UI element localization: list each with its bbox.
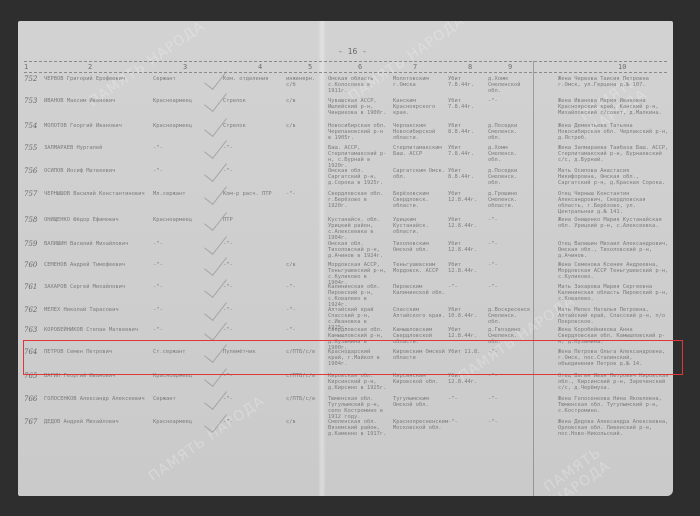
record-number: 767 bbox=[24, 419, 37, 425]
record-number: 753 bbox=[24, 98, 37, 104]
unit: инженерн. с/б bbox=[286, 76, 316, 88]
death-date: -"- bbox=[448, 419, 488, 425]
burial-place: д.Гвоздино Смоленск. обл. bbox=[488, 327, 533, 345]
death-date: -"- bbox=[448, 284, 488, 290]
soldier-name: ОНИЩЕНКО Фёдор Ефимович bbox=[44, 217, 164, 223]
next-of-kin: Жена Голосенкова Нина Яковлевна, Тюменск… bbox=[558, 396, 670, 414]
death-date: Убит 7.8.44г. bbox=[448, 145, 488, 157]
birthplace: Кировская обл. Кирсинский р-н, д.Кирсино… bbox=[328, 373, 388, 391]
burial-place: д.Воскресенск Смоленск. обл. bbox=[488, 307, 533, 325]
record-number: 754 bbox=[24, 123, 37, 129]
next-of-kin: Жена Дементьева Татьяна Новосибирская об… bbox=[558, 123, 670, 141]
draft-office: Канским Красноярского края. bbox=[393, 98, 445, 116]
soldier-name: ЗАЛМАРАЕВ Нургалей bbox=[44, 145, 164, 151]
record-number: 762 bbox=[24, 307, 37, 313]
draft-office: Кировским Омской области bbox=[393, 349, 445, 361]
burial-place: -"- bbox=[488, 396, 533, 402]
next-of-kin: Отец Вагин Иван Петрович Кировская обл.,… bbox=[558, 373, 670, 391]
death-date: Убит 12.8.44г. bbox=[448, 217, 488, 229]
unit: -"- bbox=[286, 307, 316, 313]
record-number: 760 bbox=[24, 262, 37, 268]
unit: с/в bbox=[286, 123, 316, 129]
next-of-kin: Жена Дедова Александра Алексеевна, Орлов… bbox=[558, 419, 670, 437]
next-of-kin: Жена Семенова Ксения Андреевна, Мордовск… bbox=[558, 262, 670, 280]
position: -"- bbox=[223, 168, 298, 174]
death-date: -"- bbox=[448, 396, 488, 402]
burial-place: д.Поседки Смоленск. обл. bbox=[488, 168, 533, 186]
draft-office: Теньгушевским Мордовск. АССР bbox=[393, 262, 445, 274]
draft-office: Черлакским Новосибирской области. bbox=[393, 123, 445, 141]
unit: -"- bbox=[286, 327, 316, 333]
header-rule-top bbox=[24, 61, 667, 62]
next-of-kin: Жена Петрова Ольга Александровна, г.Омск… bbox=[558, 349, 670, 367]
record-number: 765 bbox=[24, 373, 37, 379]
death-date: Убит 7.8.44г. bbox=[448, 76, 488, 88]
draft-office: Пировским Калининской обл. bbox=[393, 284, 445, 296]
next-of-kin: Отец Черныш Константин Александрович, Св… bbox=[558, 191, 670, 215]
draft-office: Молотовским г.Омска bbox=[393, 76, 445, 88]
next-of-kin: Отец Валишин Михаил Александрович, Омска… bbox=[558, 241, 670, 259]
soldier-name: СЕМЕНОВ Андрей Тимофеевич bbox=[44, 262, 164, 268]
next-of-kin: Жена Залмараева Таибаза Баш. АССР, Стерл… bbox=[558, 145, 670, 163]
soldier-name: ЗАХАРОВ Сергей Михайлович bbox=[44, 284, 164, 290]
soldier-name: ОСИПОВ Иосиф Матвеевич bbox=[44, 168, 164, 174]
birthplace: Омская обл. Тихоловский р-н, д.Ачинов в … bbox=[328, 241, 388, 259]
burial-place: -"- bbox=[488, 284, 533, 290]
death-date: Убит 12.8.44г. bbox=[448, 262, 488, 274]
birthplace: Омская область с.Колосовка в 1911г. bbox=[328, 76, 388, 94]
draft-office: Кирсинским Кировской обл. bbox=[393, 373, 445, 385]
burial-place: -"- bbox=[488, 419, 533, 425]
birthplace: Свердловская обл. г.Берёзово в 1920г. bbox=[328, 191, 388, 209]
record-number: 766 bbox=[24, 396, 37, 402]
record-number: 763 bbox=[24, 327, 37, 333]
soldier-name: ИВАНОВ Максим Иванович bbox=[44, 98, 164, 104]
page-number: - 16 - bbox=[338, 47, 367, 56]
record-number: 755 bbox=[24, 145, 37, 151]
column-number: 8 bbox=[468, 63, 472, 71]
draft-office: Берёзовским Свердловск. области. bbox=[393, 191, 445, 209]
death-date: Убит 7.8.44г. bbox=[448, 98, 488, 110]
death-date: Убит 10.8.44г. bbox=[448, 307, 488, 319]
birthplace: Тюменская обл. Тугулымский р-н, село Кос… bbox=[328, 396, 388, 420]
burial-place: -"- bbox=[488, 349, 533, 355]
death-date: Убит 11.8. bbox=[448, 349, 488, 355]
paper-crease bbox=[533, 61, 534, 496]
unit: с/в bbox=[286, 262, 316, 268]
death-date: Убит 12.8.44г. bbox=[448, 241, 488, 253]
birthplace: Калининская обл. Пировский р-н, с.Ковале… bbox=[328, 284, 388, 308]
burial-place: -"- bbox=[488, 373, 533, 379]
soldier-name: КОРОБЕЙНИКОВ Степан Матвеевич bbox=[44, 327, 164, 333]
record-number: 764 bbox=[24, 349, 37, 355]
column-number: 4 bbox=[258, 63, 262, 71]
burial-place: -"- bbox=[488, 262, 533, 268]
birthplace: Мордовская АССР, Теньгушевский р-н, с.Ку… bbox=[328, 262, 388, 286]
soldier-name: МОЛОТОВ Георгий Иванович bbox=[44, 123, 164, 129]
birthplace: Кустанайск. обл. Урицкий район, с.Алексе… bbox=[328, 217, 388, 241]
unit: с/в bbox=[286, 419, 316, 425]
death-date: Убит 12.8.44г. bbox=[448, 373, 488, 385]
column-number: 3 bbox=[183, 63, 187, 71]
birthplace: Чувашская АССР, Ишлейский р-н, Чиндикова… bbox=[328, 98, 388, 116]
next-of-kin: Мать Осипова Анастасия Никифоровна, Омск… bbox=[558, 168, 670, 186]
draft-office: Стерлитамакским Баш. АССР bbox=[393, 145, 445, 157]
next-of-kin: Жена Иванова Мария Ивановна Красноярский… bbox=[558, 98, 670, 116]
column-number: 9 bbox=[508, 63, 512, 71]
record-number: 756 bbox=[24, 168, 37, 174]
header-rule-bottom bbox=[24, 72, 667, 73]
birthplace: Новосибирская обл. Черепановский р-н в 1… bbox=[328, 123, 388, 141]
next-of-kin: Жена Онищенко Мария Кустанайская обл. Ур… bbox=[558, 217, 670, 229]
burial-place: д.Хомм Смоленск. обл. bbox=[488, 145, 533, 163]
death-date: Убит 8.8.44г. bbox=[448, 123, 488, 135]
watermark: ПАМЯТЬ НАРОДА bbox=[146, 393, 268, 485]
unit: -"- bbox=[286, 284, 316, 290]
burial-place: д.Хомм Смоленской обл. bbox=[488, 76, 533, 94]
soldier-name: ЧЕРВОВ Григорий Ерофеевич bbox=[44, 76, 164, 82]
unit: с/ПТБ/с/в bbox=[286, 373, 316, 379]
soldier-name: ДЕДОВ Андрей Михайлович bbox=[44, 419, 164, 425]
record-number: 758 bbox=[24, 217, 37, 223]
draft-office: Спасским Алтайского края. bbox=[393, 307, 445, 319]
soldier-name: ВАГИН Георгий Иванович bbox=[44, 373, 164, 379]
next-of-kin: Жена Коробейникова Анна Свердловская обл… bbox=[558, 327, 670, 345]
paper-fold bbox=[318, 21, 326, 496]
draft-office: Тугулымским Омской обл. bbox=[393, 396, 445, 408]
soldier-name: МЕЛЕХ Николай Тарасович bbox=[44, 307, 164, 313]
soldier-name: ГОЛОСЕНКОВ Александр Алексеевич bbox=[44, 396, 164, 402]
draft-office: Краснопресненским Московской обл. bbox=[393, 419, 445, 431]
position: -"- bbox=[223, 241, 298, 247]
death-date: Убит 8.8.44г. bbox=[448, 168, 488, 180]
draft-office: Урицким Кустанайск. области. bbox=[393, 217, 445, 235]
birthplace: Свердловская обл. Камышловский р-н, д.Ку… bbox=[328, 327, 388, 351]
column-number: 1 bbox=[24, 63, 28, 71]
death-date: Убит 12.8.44г. bbox=[448, 191, 488, 203]
draft-office: Тихоловским Омской обл. bbox=[393, 241, 445, 253]
column-number: 6 bbox=[358, 63, 362, 71]
burial-place: д.Поседки Смоленск. обл. bbox=[488, 123, 533, 141]
column-number: 7 bbox=[413, 63, 417, 71]
next-of-kin: Мать Мелех Наталья Петровна, Алтайский к… bbox=[558, 307, 670, 325]
record-number: 759 bbox=[24, 241, 37, 247]
record-number: 761 bbox=[24, 284, 37, 290]
record-number: 757 bbox=[24, 191, 37, 197]
unit: -"- bbox=[286, 191, 316, 197]
draft-office: Саргатским Омск. обл. bbox=[393, 168, 445, 180]
soldier-name: ВАЛИШИН Василий Михайлович bbox=[44, 241, 164, 247]
column-number: 5 bbox=[308, 63, 312, 71]
burial-place: д.Грошино Смоленск. области. bbox=[488, 191, 533, 209]
death-date: Убит 12.8.44г. bbox=[448, 327, 488, 339]
archival-document-page: ПАМЯТЬ НАРОДА ПАМЯТЬ НАРОДА ПАМЯТЬ НАРОД… bbox=[18, 21, 673, 496]
birthplace: Смоленская обл. Вяземский район, д.Камен… bbox=[328, 419, 388, 437]
soldier-name: ПЕТРОВ Семен Петрович bbox=[44, 349, 164, 355]
unit: с/ПТБ/с/в bbox=[286, 396, 316, 402]
record-number: 752 bbox=[24, 76, 37, 82]
position: ПТР bbox=[223, 217, 298, 223]
column-number: 2 bbox=[88, 63, 92, 71]
next-of-kin: Жена Червова Таисия Петровна г.Омск, ул.… bbox=[558, 76, 670, 88]
draft-office: Камышловским Свердловской области. bbox=[393, 327, 445, 345]
birthplace: Краснодарский край, г.Майкоп в 1904г. bbox=[328, 349, 388, 367]
watermark: ПАМЯТЬ НАРОДА bbox=[86, 21, 208, 110]
unit: с/ПТБ/с/в bbox=[286, 349, 316, 355]
burial-place: -"- bbox=[488, 217, 533, 223]
burial-place: -"- bbox=[488, 241, 533, 247]
column-number: 10 bbox=[618, 63, 626, 71]
burial-place: -"- bbox=[488, 98, 533, 104]
soldier-name: ЧЕРНЫШОВ Василий Константинович bbox=[44, 191, 164, 197]
birthplace: Баш. АССР, Стерлитамакский р-н, с.Бурнай… bbox=[328, 145, 388, 169]
unit: с/в bbox=[286, 98, 316, 104]
position: -"- bbox=[223, 145, 298, 151]
next-of-kin: Мать Захарова Мария Сергеевна Калининска… bbox=[558, 284, 670, 302]
birthplace: Омская обл. Саргатский р-н, д.Сорока в 1… bbox=[328, 168, 388, 186]
